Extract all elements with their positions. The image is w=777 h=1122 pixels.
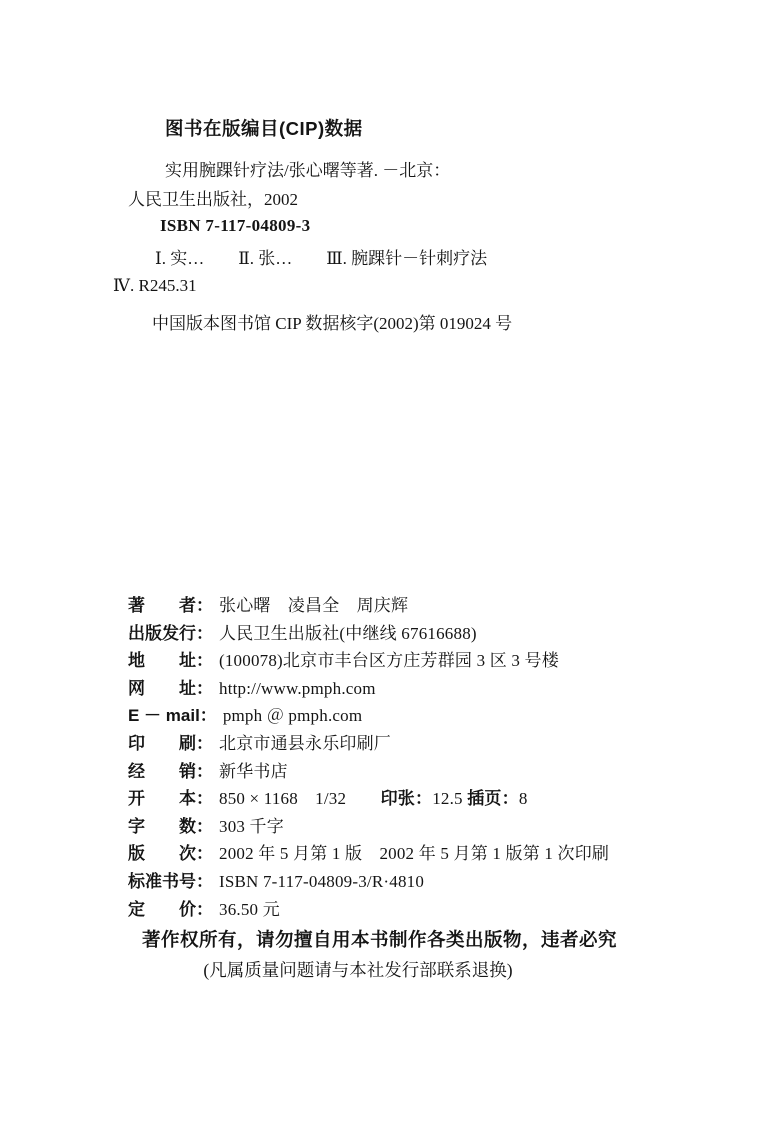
colophon-row-label: 经 销： — [128, 762, 213, 781]
colophon-row-label: 版 次： — [128, 844, 213, 863]
colophon-row-label: 标准书号： — [128, 872, 213, 891]
colophon-row-label: 网 址： — [128, 679, 213, 698]
colophon-row-label: 定 价： — [128, 900, 213, 919]
cip-class-code: Ⅳ. R245.31 — [113, 275, 613, 297]
colophon-row-value: http://www.pmph.com — [219, 679, 376, 698]
colophon-row: 网 址：http://www.pmph.com — [128, 675, 652, 703]
colophon-row-value: pmph ＠ pmph.com — [223, 706, 362, 725]
colophon-row-label: 字 数： — [128, 817, 213, 836]
colophon-row-label: 印 刷： — [128, 734, 213, 753]
colophon-row-value: 张心曙 凌昌全 周庆辉 — [219, 596, 408, 615]
colophon-row-value: 北京市通县永乐印刷厂 — [219, 734, 391, 753]
colophon-row-value: (100078)北京市丰台区方庄芳群园 3 区 3 号楼 — [219, 651, 559, 670]
colophon-row: 著 者：张心曙 凌昌全 周庆辉 — [128, 592, 652, 620]
colophon-row: 出版发行：人民卫生出版社(中继线 67616688) — [128, 620, 652, 648]
colophon-row-label: 地 址： — [128, 651, 213, 670]
colophon-row: 字 数：303 千字 — [128, 813, 652, 841]
colophon-row: 版 次：2002 年 5 月第 1 版 2002 年 5 月第 1 版第 1 次… — [128, 840, 652, 868]
colophon-row-label: 开 本： — [128, 789, 213, 808]
colophon-section: 著 者：张心曙 凌昌全 周庆辉出版发行：人民卫生出版社(中继线 67616688… — [128, 592, 652, 984]
colophon-row-value: 2002 年 5 月第 1 版 2002 年 5 月第 1 版第 1 次印刷 — [219, 844, 609, 863]
colophon-rows: 著 者：张心曙 凌昌全 周庆辉出版发行：人民卫生出版社(中继线 67616688… — [128, 592, 652, 923]
cip-classification-line: Ⅰ. 实… Ⅱ. 张… Ⅲ. 腕踝针－针刺疗法 — [155, 248, 613, 270]
cip-section: 图书在版编目(CIP)数据 实用腕踝针疗法/张心曙等著. －北京： 人民卫生出版… — [113, 118, 613, 335]
colophon-row: 标准书号：ISBN 7-117-04809-3/R·4810 — [128, 868, 652, 896]
colophon-row-value: 36.50 元 — [219, 900, 280, 919]
book-copyright-page: 图书在版编目(CIP)数据 实用腕踝针疗法/张心曙等著. －北京： 人民卫生出版… — [0, 0, 777, 1122]
colophon-row-label: 出版发行： — [128, 624, 213, 643]
colophon-row-label: 著 者： — [128, 596, 213, 615]
colophon-row: 经 销：新华书店 — [128, 758, 652, 786]
colophon-row-value: 新华书店 — [219, 762, 288, 781]
cip-entry-publisher-line: 人民卫生出版社，2002 — [128, 189, 613, 211]
colophon-row-value: 850 × 1168 1/32 印张：12.5 插页：8 — [219, 789, 528, 808]
colophon-row: 印 刷：北京市通县永乐印刷厂 — [128, 730, 652, 758]
colophon-row-label: E － mail： — [128, 706, 217, 725]
copyright-notice: 著作权所有，请勿擅自用本书制作各类出版物，违者必究 — [142, 926, 652, 954]
cip-verification-number: 中国版本图书馆 CIP 数据核字(2002)第 019024 号 — [152, 313, 613, 335]
colophon-row-value: ISBN 7-117-04809-3/R·4810 — [219, 872, 424, 891]
colophon-row: 开 本：850 × 1168 1/32 印张：12.5 插页：8 — [128, 785, 652, 813]
colophon-row: E － mail：pmph ＠ pmph.com — [128, 702, 652, 730]
cip-heading: 图书在版编目(CIP)数据 — [165, 118, 613, 140]
cip-isbn: ISBN 7-117-04809-3 — [160, 215, 613, 237]
colophon-row: 地 址：(100078)北京市丰台区方庄芳群园 3 区 3 号楼 — [128, 647, 652, 675]
cip-entry-title-line: 实用腕踝针疗法/张心曙等著. －北京： — [165, 160, 613, 182]
quality-return-note: (凡属质量问题请与本社发行部联系退换) — [128, 956, 588, 984]
colophon-row-value: 303 千字 — [219, 817, 284, 836]
colophon-row: 定 价：36.50 元 — [128, 896, 652, 924]
colophon-row-value: 人民卫生出版社(中继线 67616688) — [219, 624, 477, 643]
